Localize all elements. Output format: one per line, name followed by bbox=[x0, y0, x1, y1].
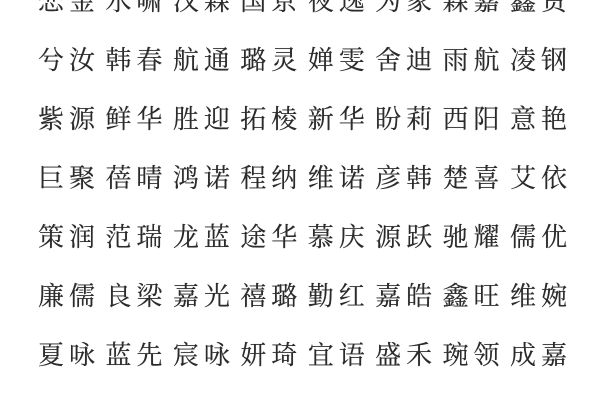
name-item: 水啸 bbox=[105, 0, 167, 15]
name-item: 策润 bbox=[38, 225, 100, 251]
name-item: 艾依 bbox=[510, 166, 572, 192]
name-item: 胜迎 bbox=[173, 107, 235, 133]
name-item: 夜逸 bbox=[308, 0, 370, 15]
name-grid: 恋金水啸汉森国京夜逸为家森嘉鑫贤兮汝韩春航通璐灵婵雯舍迪雨航凌钢紫源鲜华胜迎拓棱… bbox=[0, 0, 600, 385]
name-item: 慕庆 bbox=[308, 225, 370, 251]
name-item: 鲜华 bbox=[105, 107, 167, 133]
name-item: 意艳 bbox=[510, 107, 572, 133]
name-item: 勤红 bbox=[308, 284, 370, 310]
name-item: 宸咏 bbox=[173, 343, 235, 369]
name-item: 新华 bbox=[308, 107, 370, 133]
name-item: 嘉皓 bbox=[375, 284, 437, 310]
name-row: 夏咏蓝先宸咏妍琦宜语盛禾琬领成嘉 bbox=[0, 326, 600, 385]
name-item: 盼莉 bbox=[375, 107, 437, 133]
name-item: 彦韩 bbox=[375, 166, 437, 192]
name-item: 国京 bbox=[240, 0, 302, 15]
name-item: 汉森 bbox=[173, 0, 235, 15]
name-item: 恋金 bbox=[38, 0, 100, 15]
name-item: 成嘉 bbox=[510, 343, 572, 369]
name-row: 策润范瑞龙蓝途华慕庆源跃驰耀儒优 bbox=[0, 208, 600, 267]
page: 恋金水啸汉森国京夜逸为家森嘉鑫贤兮汝韩春航通璐灵婵雯舍迪雨航凌钢紫源鲜华胜迎拓棱… bbox=[0, 0, 600, 400]
name-item: 紫源 bbox=[38, 107, 100, 133]
name-item: 拓棱 bbox=[240, 107, 302, 133]
name-row: 巨聚蓓晴鸿诺程纳维诺彦韩楚喜艾依 bbox=[0, 149, 600, 208]
name-item: 儒优 bbox=[510, 225, 572, 251]
name-item: 良梁 bbox=[105, 284, 167, 310]
name-item: 嘉光 bbox=[173, 284, 235, 310]
name-item: 兮汝 bbox=[38, 48, 100, 74]
name-item: 舍迪 bbox=[375, 48, 437, 74]
name-item: 为家 bbox=[375, 0, 437, 15]
name-item: 西阳 bbox=[443, 107, 505, 133]
name-item: 禧璐 bbox=[240, 284, 302, 310]
name-item: 蓓晴 bbox=[105, 166, 167, 192]
name-row: 兮汝韩春航通璐灵婵雯舍迪雨航凌钢 bbox=[0, 31, 600, 90]
name-row: 恋金水啸汉森国京夜逸为家森嘉鑫贤 bbox=[0, 0, 600, 31]
name-row: 廉儒良梁嘉光禧璐勤红嘉皓鑫旺维婉 bbox=[0, 267, 600, 326]
name-item: 鑫旺 bbox=[443, 284, 505, 310]
name-item: 范瑞 bbox=[105, 225, 167, 251]
name-item: 韩春 bbox=[105, 48, 167, 74]
name-item: 维诺 bbox=[308, 166, 370, 192]
name-item: 程纳 bbox=[240, 166, 302, 192]
name-row: 紫源鲜华胜迎拓棱新华盼莉西阳意艳 bbox=[0, 90, 600, 149]
name-item: 楚喜 bbox=[443, 166, 505, 192]
name-item: 驰耀 bbox=[443, 225, 505, 251]
name-item: 雨航 bbox=[443, 48, 505, 74]
name-item: 璐灵 bbox=[240, 48, 302, 74]
name-item: 源跃 bbox=[375, 225, 437, 251]
name-item: 鸿诺 bbox=[173, 166, 235, 192]
name-item: 巨聚 bbox=[38, 166, 100, 192]
name-item: 航通 bbox=[173, 48, 235, 74]
name-item: 鑫贤 bbox=[510, 0, 572, 15]
name-item: 琬领 bbox=[443, 343, 505, 369]
name-item: 婵雯 bbox=[308, 48, 370, 74]
name-item: 维婉 bbox=[510, 284, 572, 310]
name-item: 蓝先 bbox=[105, 343, 167, 369]
name-item: 森嘉 bbox=[443, 0, 505, 15]
name-item: 宜语 bbox=[308, 343, 370, 369]
name-item: 夏咏 bbox=[38, 343, 100, 369]
name-item: 龙蓝 bbox=[173, 225, 235, 251]
name-item: 妍琦 bbox=[240, 343, 302, 369]
name-item: 廉儒 bbox=[38, 284, 100, 310]
name-item: 盛禾 bbox=[375, 343, 437, 369]
name-item: 途华 bbox=[240, 225, 302, 251]
name-item: 凌钢 bbox=[510, 48, 572, 74]
